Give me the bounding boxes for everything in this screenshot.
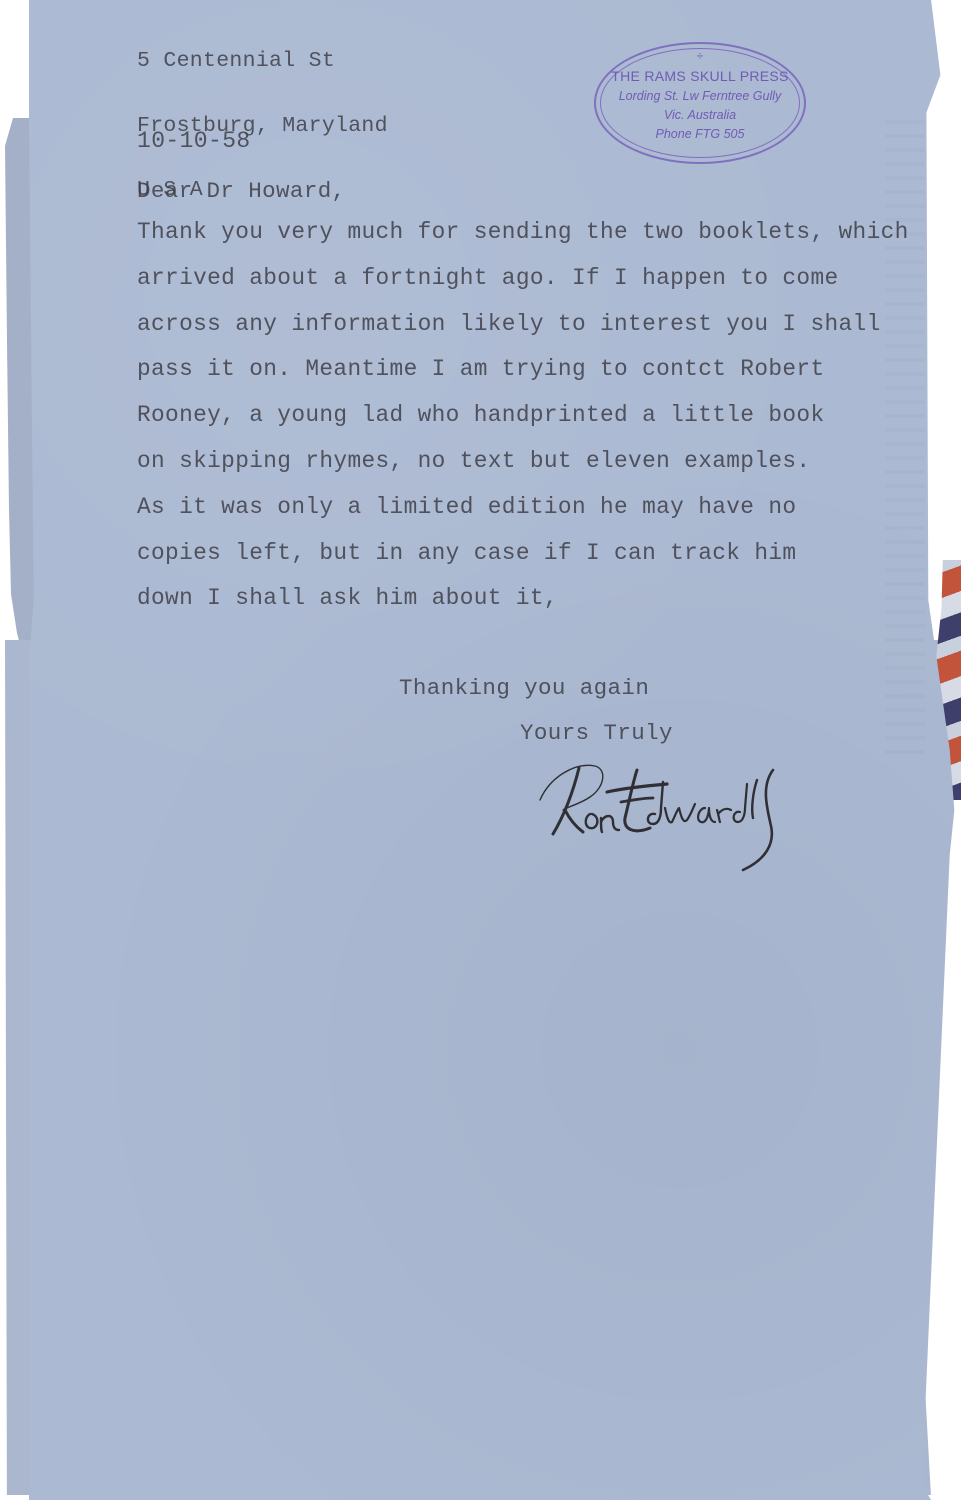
stamp-press-name: THE RAMS SKULL PRESS xyxy=(594,69,806,83)
stamp-inner-ring xyxy=(600,48,800,158)
body-line: Thank you very much for sending the two … xyxy=(137,217,909,263)
stamp-phone: Phone FTG 505 xyxy=(594,127,806,141)
body-line: across any information likely to interes… xyxy=(137,309,909,355)
body-line: copies left, but in any case if I can tr… xyxy=(137,538,909,584)
body-line: arrived about a fortnight ago. If I happ… xyxy=(137,263,909,309)
body-line: down I shall ask him about it, xyxy=(137,583,909,629)
body-line: As it was only a limited edition he may … xyxy=(137,492,909,538)
body-line: on skipping rhymes, no text but eleven e… xyxy=(137,446,909,492)
handwritten-signature: Ron Edwards xyxy=(535,752,785,877)
address-line-1: 5 Centennial St xyxy=(137,51,388,73)
rams-skull-press-stamp: ÷ THE RAMS SKULL PRESS Lording St. Lw Fe… xyxy=(594,42,806,164)
closing-thanks: Thanking you again xyxy=(399,675,649,701)
salutation: Dear Dr Howard, xyxy=(137,178,346,204)
closing-valediction: Yours Truly xyxy=(520,720,673,746)
stamp-street: Lording St. Lw Ferntree Gully xyxy=(594,89,806,103)
stamp-divide-icon: ÷ xyxy=(594,50,806,62)
letter-date: 10-10-58 xyxy=(137,128,251,154)
body-line: Rooney, a young lad who handprinted a li… xyxy=(137,400,909,446)
letter-body: Thank you very much for sending the two … xyxy=(137,217,909,629)
stamp-state-country: Vic. Australia xyxy=(594,108,806,122)
body-line: pass it on. Meantime I am trying to cont… xyxy=(137,354,909,400)
